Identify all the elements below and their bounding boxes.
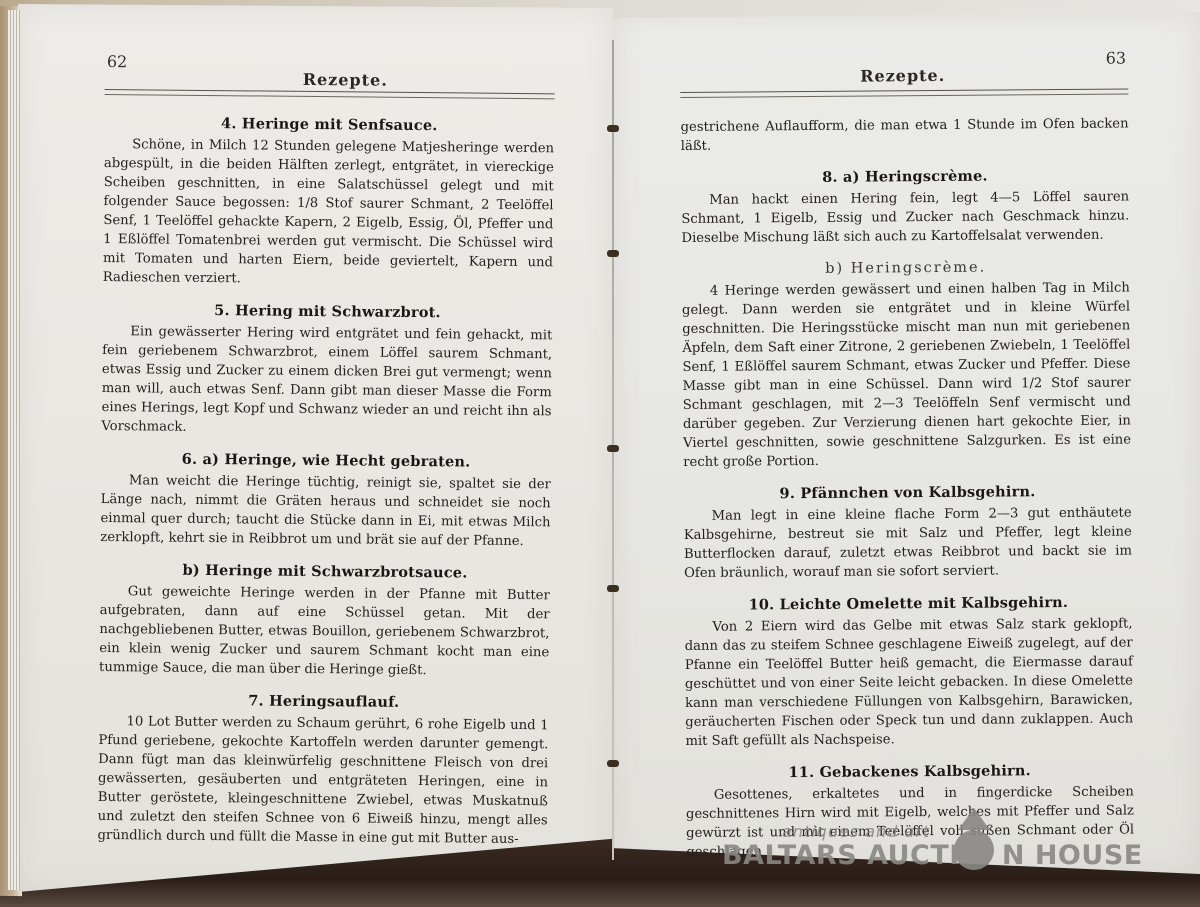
recipe-title: 4. Heringe mit Senfsauce. (104, 114, 554, 135)
recipe-title: 11. Gebackenes Kalbsgehirn. (686, 761, 1134, 782)
watermark-name: BALTARS AUCTIN HOUSE (722, 840, 1143, 871)
binding-stitch (607, 445, 619, 452)
binding-stitch (607, 125, 619, 132)
continued-text: gestrichene Auflaufform, die man etwa 1 … (681, 114, 1129, 156)
recipe-title: b) Heringe mit Schwarzbrotsauce. (100, 561, 550, 582)
binding-stitch (607, 760, 619, 767)
page-number: 63 (1106, 48, 1127, 67)
binding-stitch (607, 585, 619, 592)
page-number: 62 (107, 52, 128, 71)
running-header: Rezepte. 63 (680, 48, 1128, 108)
recipe-title: 6. a) Heringe, wie Hecht gebraten. (101, 450, 551, 471)
header-rule (105, 89, 555, 99)
recipe-subtitle: b) Heringscrème. (682, 258, 1130, 278)
recipe-body: Schöne, in Milch 12 Stunden gelegene Mat… (103, 135, 554, 291)
recipe-body: Man weicht die Heringe tüchtig, reinigt … (100, 471, 551, 551)
header-rule (680, 88, 1128, 98)
recipe-title: 10. Leichte Omelette mit Kalbsgehirn. (684, 593, 1132, 614)
recipe-body: Man legt in eine kleine flache Form 2—3 … (684, 503, 1133, 583)
running-header: 62 Rezepte. (104, 52, 555, 112)
watermark-tagline: antiques and art (782, 822, 930, 841)
recipe-body: 10 Lot Butter werden zu Schaum gerührt, … (97, 712, 548, 849)
binding-stitch (607, 250, 619, 257)
recipe-title: 9. Pfännchen von Kalbsgehirn. (683, 482, 1131, 503)
recipe-body: Von 2 Eiern wird das Gelbe mit etwas Sal… (684, 614, 1133, 751)
left-page: 62 Rezepte. 4. Heringe mit Senfsauce. Sc… (97, 52, 555, 863)
running-head-title: Rezepte. (303, 70, 388, 90)
recipe-title: 5. Hering mit Schwarzbrot. (102, 301, 552, 322)
right-page: Rezepte. 63 gestrichene Auflaufform, die… (680, 48, 1134, 875)
recipe-body: 4 Heringe werden gewässert und einen hal… (682, 278, 1131, 472)
recipe-body: Man hackt einen Hering fein, legt 4—5 Lö… (681, 187, 1129, 248)
book-photo: 62 Rezepte. 4. Heringe mit Senfsauce. Sc… (0, 0, 1200, 907)
recipe-title: 7. Heringsauflauf. (99, 691, 549, 712)
recipe-body: Gut geweichte Heringe werden in der Pfan… (99, 582, 550, 681)
crown-icon (958, 808, 990, 830)
recipe-title: 8. a) Heringscrème. (681, 166, 1129, 187)
watermark: antiques and art BALTARS AUCTIN HOUSE (722, 820, 1122, 890)
page-stack-edge (8, 10, 20, 890)
running-head-title: Rezepte. (860, 66, 945, 86)
recipe-body: Ein gewässerter Hering wird entgrätet un… (101, 322, 552, 440)
